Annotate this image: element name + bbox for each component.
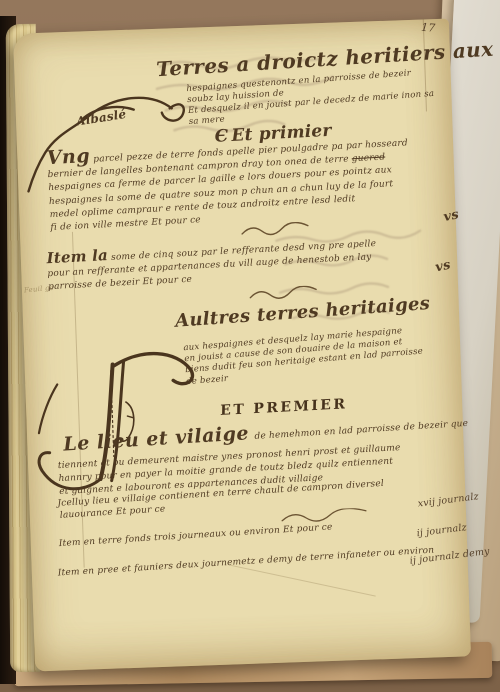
item-entry-line: Item en pree et fauniers deux journemetz… [58,545,435,578]
margin-quantity: ij journalz [416,522,467,539]
squiggle-mark [280,508,370,525]
item-entry-line: Item en terre fonds trois journeaux ou e… [59,522,333,549]
struck-word: guered [352,153,386,165]
margin-sum-1: vs [442,207,460,225]
squiggle-mark [240,222,310,238]
subheading-et-premier: ET PREMIER [220,396,347,419]
margin-sum-2: vs [434,258,452,276]
parchment-page: 17 Terres a droictz heritiers aux hespai… [13,19,471,672]
squiggle-mark [248,285,318,301]
manuscript-photo: { "colors": { "ink": "#4f3a22", "parchme… [0,0,500,692]
paragraph-initial: Vng [46,145,90,169]
section-sub-lines: aux hespaignes et desquelz lay marie hes… [183,325,424,388]
diagonal-crease [229,564,376,596]
folio-number: 17 [421,21,436,35]
paragraph-initial: Item la [46,246,108,267]
paragraph-line-text: de hemehmon en lad parroisse de bezeir q… [254,419,468,442]
